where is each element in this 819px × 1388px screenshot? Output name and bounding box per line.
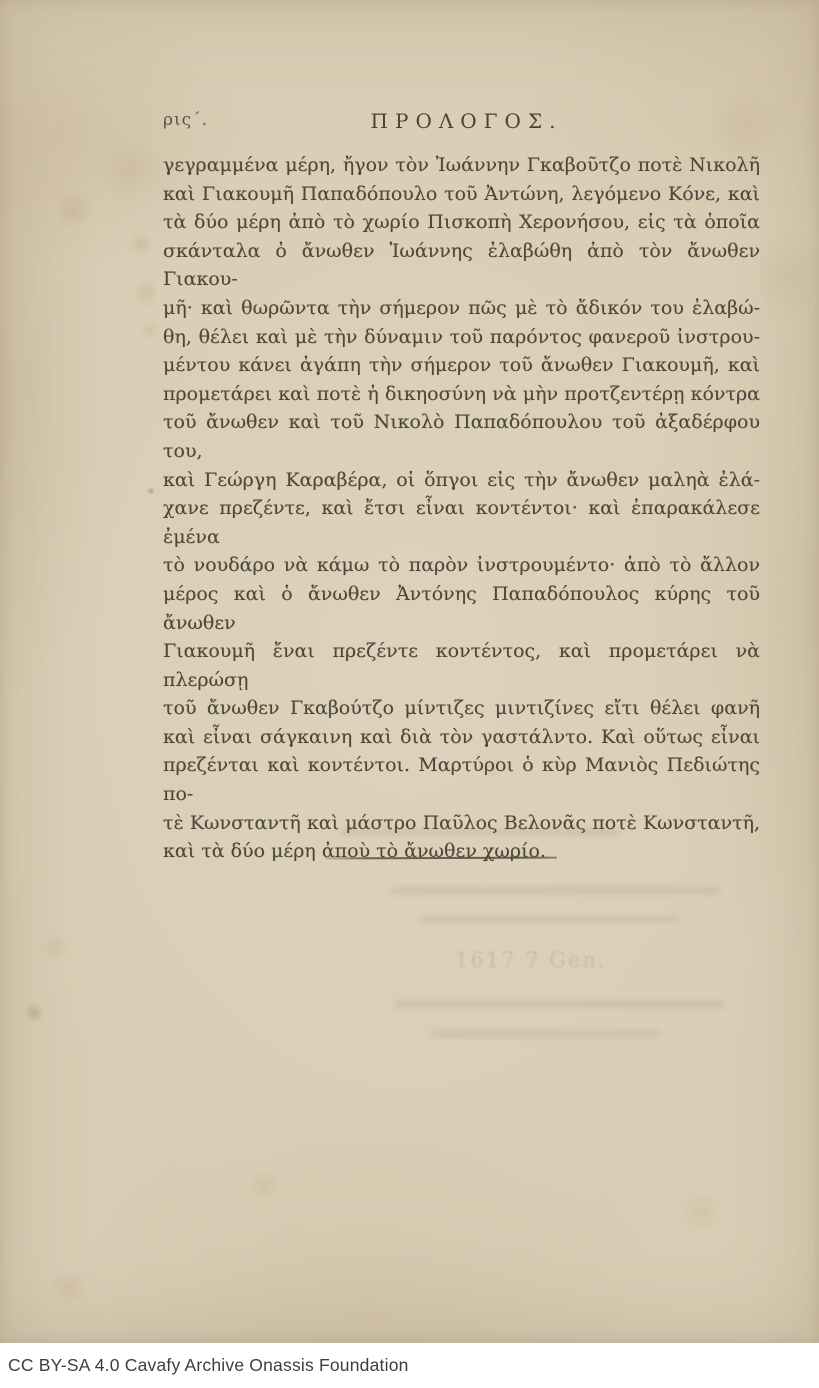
- paper-stain: [38, 932, 70, 962]
- paper-stain: [676, 1193, 728, 1231]
- paper-stain: [48, 1272, 90, 1304]
- text-line: τὰ δύο μέρη ἀπὸ τὸ χωρίο Πισκοπὴ Χερονήσ…: [163, 208, 760, 237]
- text-line: τὸ νουδάρο νὰ κάμω τὸ παρὸν ἰνστρουμέντο…: [163, 551, 760, 580]
- paper-stain: [760, 210, 815, 340]
- paper-stain: [141, 318, 159, 342]
- text-line: μῆ· καὶ θωρῶντα τὴν σήμερον πῶς μὲ τὸ ἄδ…: [163, 294, 760, 323]
- text-line: χανε πρεζέντε, καὶ ἔτσι εἶναι κοντέντοι·…: [163, 494, 760, 551]
- attribution-bar: CC BY-SA 4.0 Cavafy Archive Onassis Foun…: [0, 1343, 819, 1388]
- ghost-text: 1617 7 Gen.: [455, 948, 607, 972]
- ghost-line: [420, 915, 680, 923]
- license-text: CC BY-SA 4.0 Cavafy Archive Onassis Foun…: [0, 1355, 409, 1376]
- text-line: καὶ Γιακουμῆ Παπαδόπουλο τοῦ Ἀντώνη, λεγ…: [163, 180, 760, 209]
- paper-stain: [243, 1173, 285, 1199]
- ghost-line: [395, 1000, 725, 1009]
- text-line: καὶ τὰ δύο μέρη ἀποὺ τὸ ἄνωθεν χωρίο.: [163, 837, 760, 866]
- paper-stain: [52, 192, 94, 228]
- text-line: καὶ Γεώργη Καραβέρα, οἱ ὅπγοι εἰς τὴν ἄν…: [163, 466, 760, 495]
- page-title: ΠΡΟΛΟΓΟΣ.: [163, 109, 763, 133]
- text-line: Γιακουμῆ ἔναι πρεζέντε κοντέντος, καὶ πρ…: [163, 637, 760, 694]
- paper-stain: [95, 140, 165, 200]
- text-line: μέρος καὶ ὁ ἄνωθεν Ἀντόνης Παπαδόπουλος …: [163, 580, 760, 637]
- paper-stain: [147, 487, 155, 495]
- text-line: τοῦ ἄνωθεν καὶ τοῦ Νικολὸ Παπαδόπουλου τ…: [163, 408, 760, 465]
- text-line: θη, θέλει καὶ μὲ τὴν δύναμιν τοῦ παρόντο…: [163, 323, 760, 352]
- paper-stain: [136, 272, 156, 314]
- body-text: γεγραμμένα μέρη, ἤγον τὸν Ἰωάννην Γκαβοῦ…: [163, 151, 760, 866]
- text-line: τὲ Κωνσταντῆ καὶ μάστρο Παῦλος Βελονᾶς π…: [163, 809, 760, 838]
- paper-stain: [26, 1000, 42, 1026]
- text-line: μέντου κάνει ἀγάπη τὴν σήμερον τοῦ ἄνωθε…: [163, 351, 760, 380]
- text-line: πρεζένται καὶ κοντέντοι. Μαρτύροι ὁ κὺρ …: [163, 751, 760, 808]
- scanned-page: ρις´. ΠΡΟΛΟΓΟΣ. γεγραμμένα μέρη, ἤγον τὸ…: [0, 0, 819, 1343]
- ghost-line: [430, 1030, 660, 1038]
- text-line: προμετάρει καὶ ποτὲ ἡ δικηοσύνη νὰ μὴν π…: [163, 380, 760, 409]
- text-line: τοῦ ἄνωθεν Γκαβούτζο μίντιζες μιντιζίνες…: [163, 694, 760, 723]
- paper-stain: [698, 92, 788, 164]
- text-line: σκάνταλα ὁ ἄνωθεν Ἰωάννης ἐλαβώθη ἀπὸ τὸ…: [163, 237, 760, 294]
- paper-stain: [475, 757, 507, 779]
- paper-stain: [128, 233, 154, 255]
- text-line: γεγραμμένα μέρη, ἤγον τὸν Ἰωάννην Γκαβοῦ…: [163, 151, 760, 180]
- ghost-line: [390, 886, 720, 895]
- text-line: καὶ εἶναι σάγκαινη καὶ διὰ τὸν γαστάλντο…: [163, 723, 760, 752]
